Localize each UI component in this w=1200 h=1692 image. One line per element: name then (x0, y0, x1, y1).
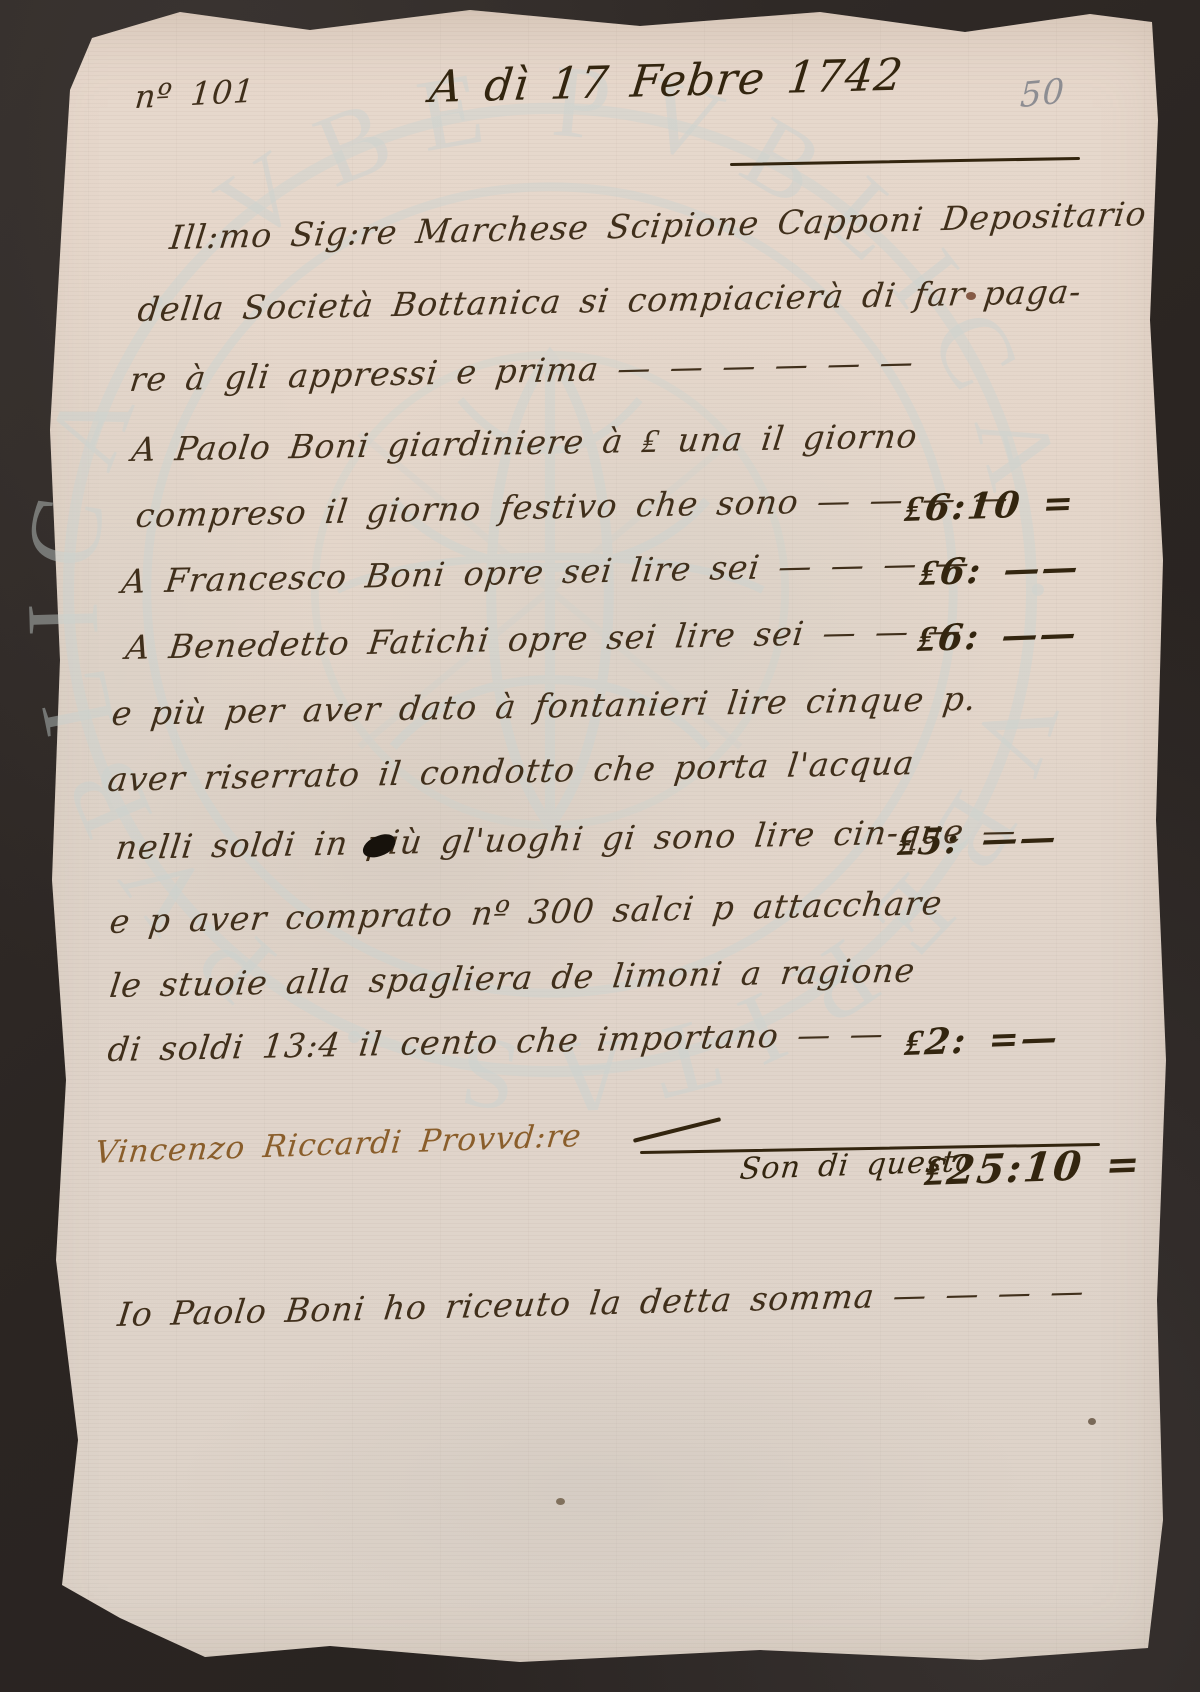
amount-value: ₤6:10 = (903, 482, 1077, 530)
paper-speck (1088, 1418, 1096, 1425)
folio-number: 50 (1019, 71, 1065, 116)
amount-value: ₤6: —— (916, 612, 1080, 660)
amount-value: ₤6: —— (918, 546, 1082, 594)
amount-value: ₤2: =— (903, 1017, 1061, 1065)
amount-value: ₤5: —— (896, 816, 1060, 864)
photograph-background: PVBLICA · VBERITAS · PVBLICA · VBERITAS … (0, 0, 1200, 1692)
sum-amount: ₤25:10 = (923, 1140, 1144, 1195)
paper-speck (966, 292, 976, 300)
paper-speck (556, 1498, 565, 1505)
document-number: nº 101 (133, 72, 256, 117)
